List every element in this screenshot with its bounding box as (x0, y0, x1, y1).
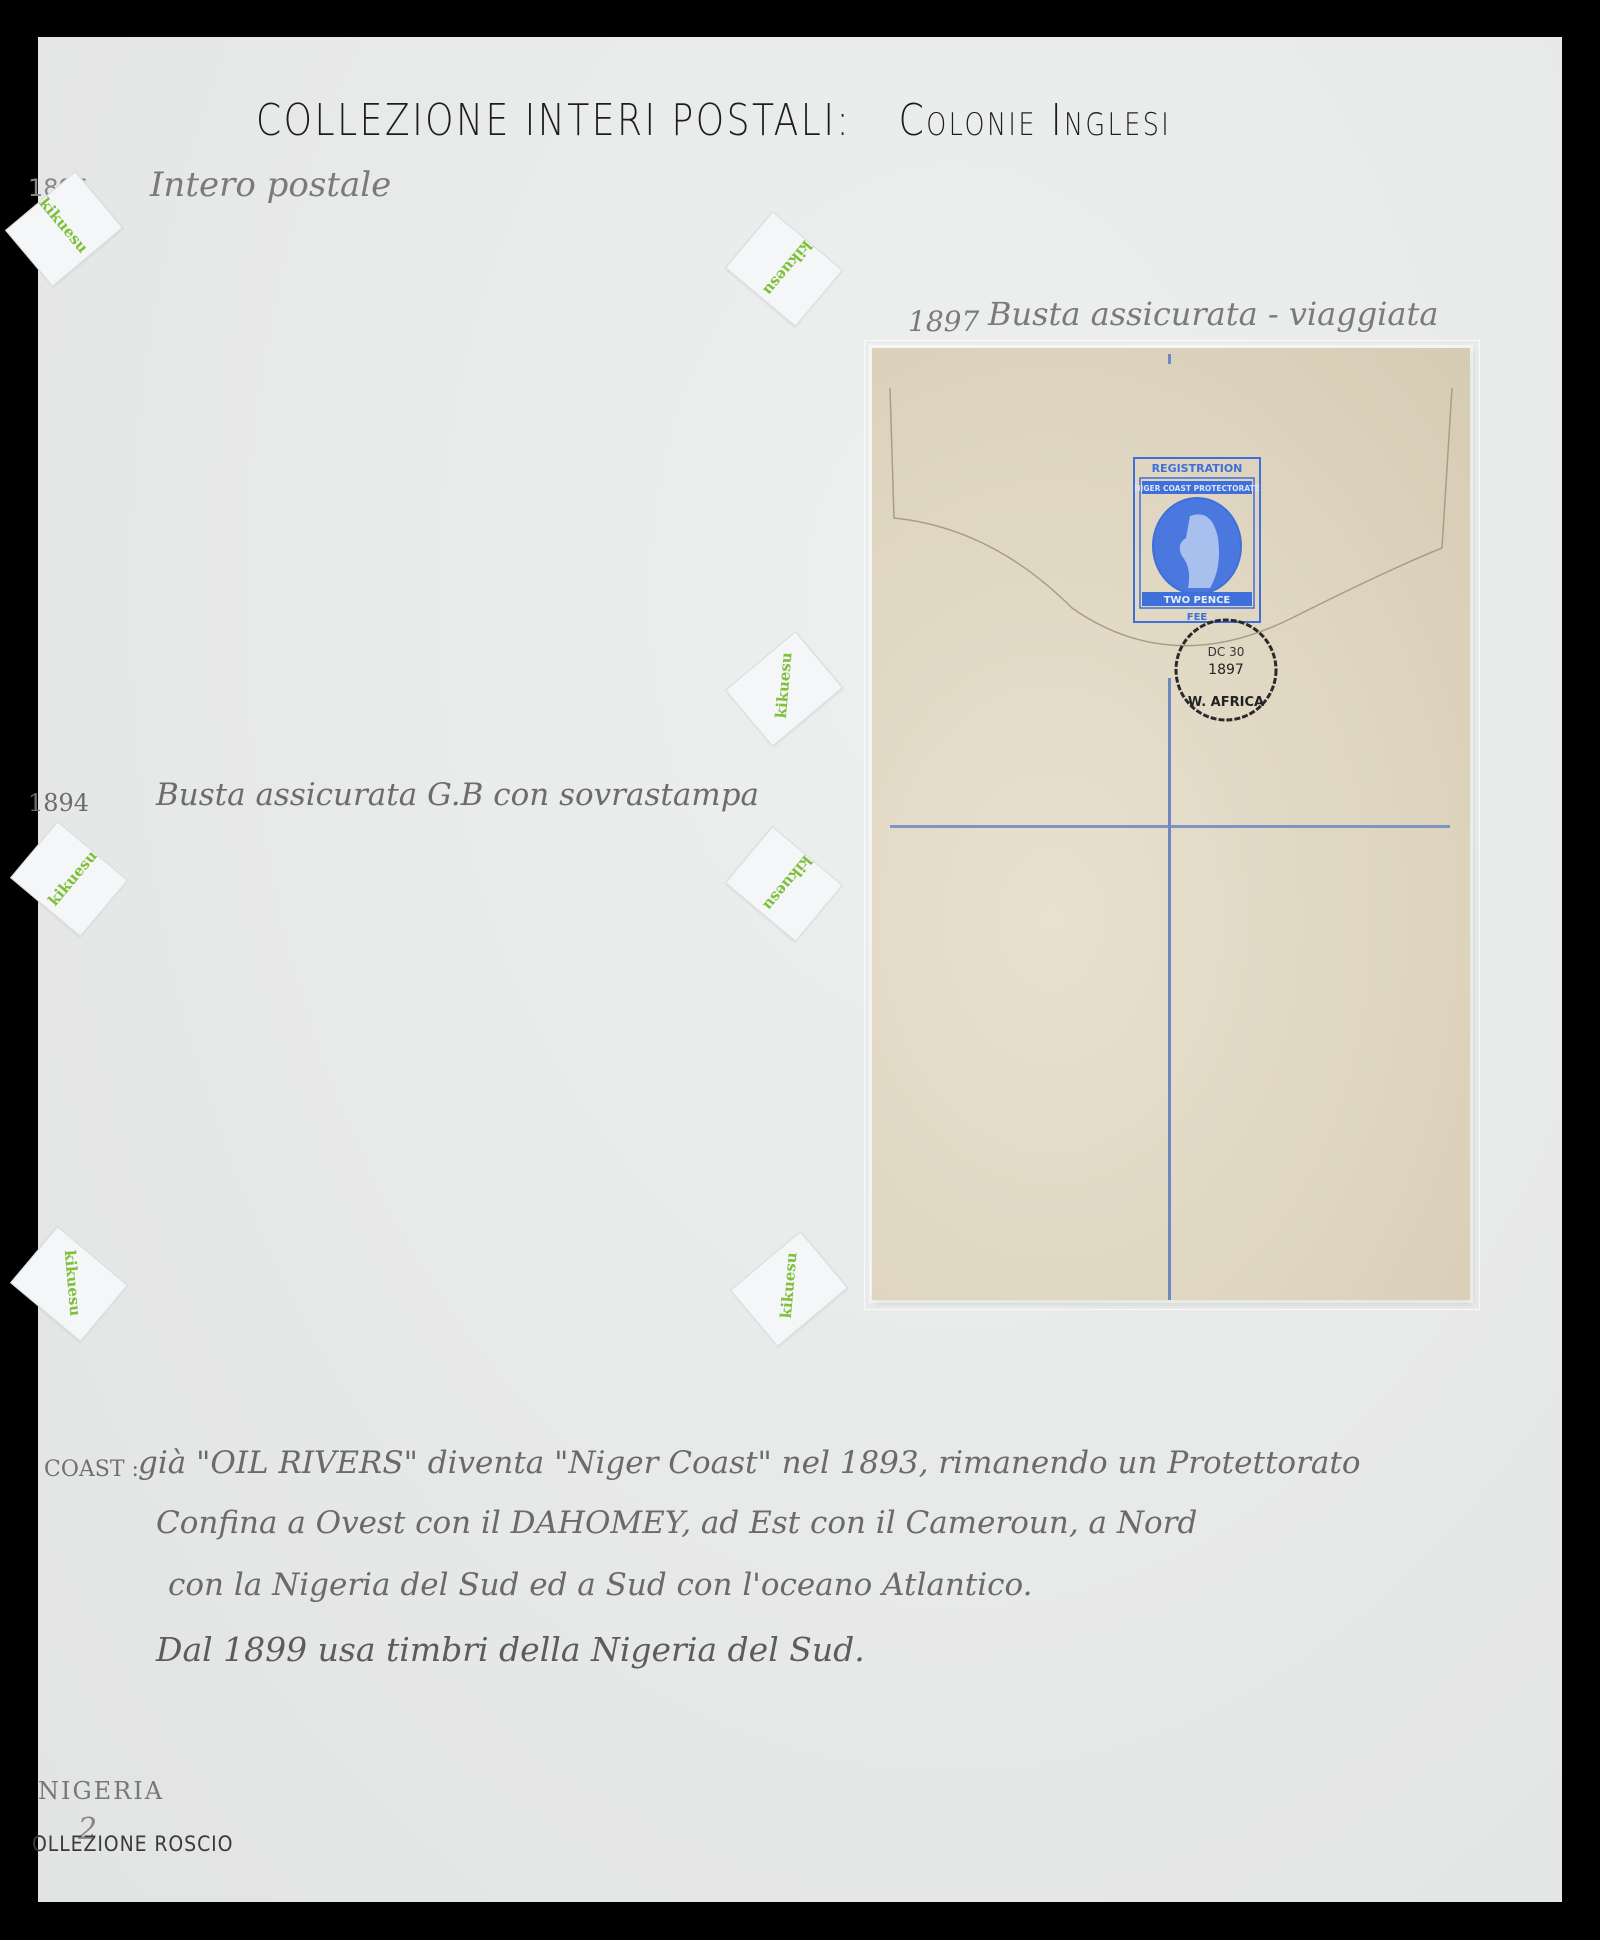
registration-stamp: REGISTRATION NIGER COAST PROTECTORATE TW… (1130, 448, 1264, 632)
mount-hinge: kikuesu (5, 171, 123, 287)
entry-1894-year: 1894 (28, 789, 89, 817)
title-sub: Colonie Inglesi (899, 95, 1172, 146)
mount-hinge: kikuesu (10, 1226, 128, 1342)
mount-hinge: kikuesu (725, 211, 843, 327)
mount-hinge: kikuesu (725, 631, 843, 747)
svg-text:1897: 1897 (1208, 662, 1244, 678)
svg-text:TWO PENCE: TWO PENCE (1164, 595, 1231, 606)
registration-line-vertical (1168, 678, 1171, 1300)
registration-mark (1168, 354, 1171, 364)
entry-1897-year: 1897 (908, 305, 979, 338)
svg-text:DC 30: DC 30 (1208, 645, 1245, 659)
history-line-4: Dal 1899 usa timbri della Nigeria del Su… (156, 1630, 865, 1669)
footer-country: NIGERIA (38, 1777, 164, 1805)
svg-text:REGISTRATION: REGISTRATION (1152, 462, 1243, 475)
entry-1894-text: Busta assicurata G.B con sovrastampa (156, 777, 759, 813)
svg-text:NIGER COAST PROTECTORATE: NIGER COAST PROTECTORATE (1134, 484, 1259, 493)
page-title: COLLEZIONE INTERI POSTALI: Colonie Ingle… (256, 95, 1171, 146)
history-label: COAST : (44, 1457, 139, 1482)
postmark-cancel: DC 30 1897 W. AFRICA (1172, 616, 1280, 724)
svg-text:W. AFRICA: W. AFRICA (1188, 695, 1264, 710)
title-main: COLLEZIONE INTERI POSTALI: (256, 95, 851, 146)
entry-1897-text: Busta assicurata - viaggiata (988, 295, 1438, 333)
history-line-3: con la Nigeria del Sud ed a Sud con l'oc… (168, 1567, 1033, 1603)
footer-collection-name: OLLEZIONE ROSCIO (32, 1832, 233, 1856)
entry-1895-text: Intero postale (150, 165, 391, 205)
history-line-1: già "OIL RIVERS" diventa "Niger Coast" n… (138, 1445, 1361, 1481)
mount-hinge: kikuesu (725, 826, 843, 942)
mount-hinge: kikuesu (730, 1231, 848, 1347)
registered-envelope: REGISTRATION NIGER COAST PROTECTORATE TW… (872, 348, 1470, 1300)
history-line-2: Confina a Ovest con il DAHOMEY, ad Est c… (156, 1505, 1197, 1541)
mount-hinge: kikuesu (10, 821, 128, 937)
